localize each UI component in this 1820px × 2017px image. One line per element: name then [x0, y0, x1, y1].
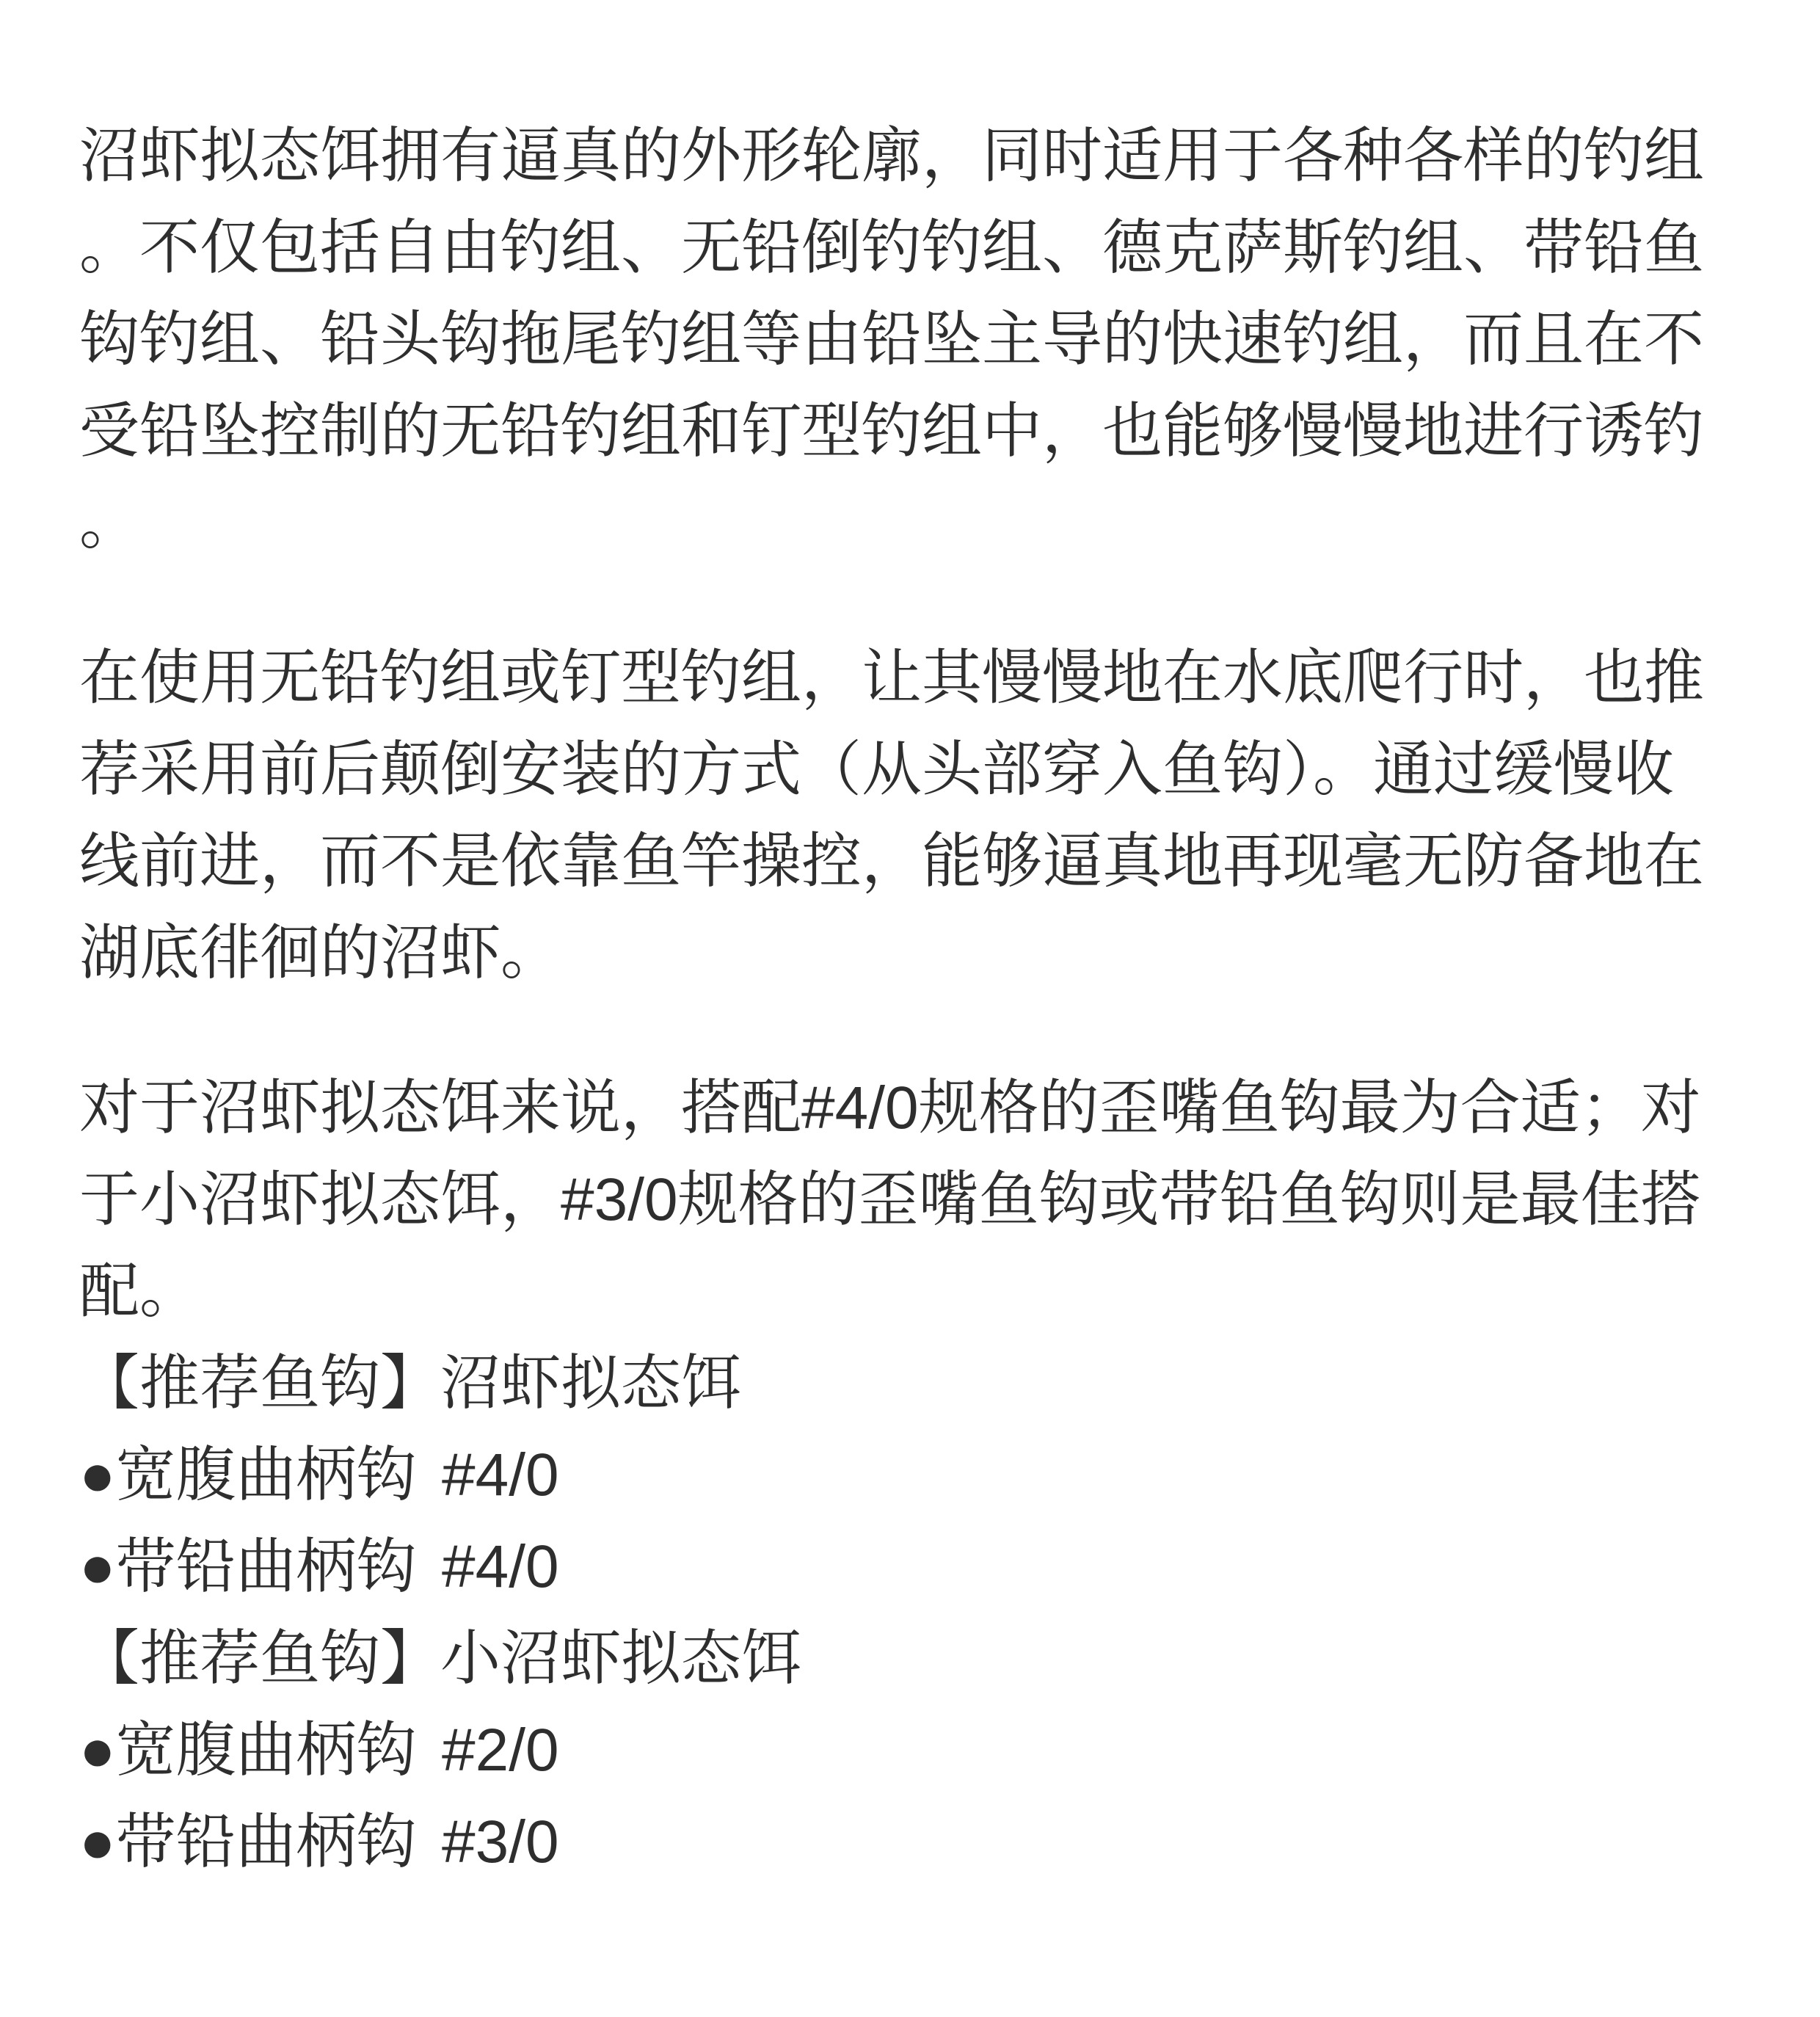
hook-item: ●宽腹曲柄钩#4/0: [79, 1429, 1717, 1521]
paragraph-hook-sizing: 对于沼虾拟态饵来说，搭配#4/0规格的歪嘴鱼钩最为合适；对 于小沼虾拟态饵，#3…: [79, 1062, 1717, 1337]
text-line: 对于沼虾拟态饵来说，搭配#4/0规格的歪嘴鱼钩最为合适；对: [79, 1062, 1717, 1154]
bullet-icon: ●: [79, 1533, 116, 1600]
bullet-icon: ●: [79, 1717, 116, 1784]
hook-item-size: #4/0: [442, 1533, 559, 1600]
document-page: 沼虾拟态饵拥有逼真的外形轮廓，同时适用于各种各样的钓组 。不仅包括自由钓组、无铅…: [0, 0, 1820, 2017]
hook-item: ●带铅曲柄钩#3/0: [79, 1796, 1717, 1888]
text-line: 。不仅包括自由钓组、无铅倒钓钓组、德克萨斯钓组、带铅鱼: [79, 202, 1717, 294]
text-line: 荐采用前后颠倒安装的方式（从头部穿入鱼钩）。通过缓慢收: [79, 724, 1717, 815]
text-line: 沼虾拟态饵拥有逼真的外形轮廓，同时适用于各种各样的钓组: [79, 110, 1717, 202]
hook-item-label: 宽腹曲柄钩: [116, 1442, 417, 1508]
hook-item-size: #2/0: [442, 1717, 559, 1784]
hook-item: ●宽腹曲柄钩#2/0: [79, 1704, 1717, 1796]
hook-section-heading: 【推荐鱼钩】小沼虾拟态饵: [79, 1613, 1717, 1704]
bullet-icon: ●: [79, 1809, 116, 1875]
hook-item-size: #3/0: [442, 1809, 559, 1875]
hook-item: ●带铅曲柄钩#4/0: [79, 1521, 1717, 1613]
text-line: 受铅坠控制的无铅钓组和钉型钓组中，也能够慢慢地进行诱钓: [79, 385, 1717, 477]
hook-item-size: #4/0: [442, 1442, 559, 1508]
text-line: 。: [79, 477, 1717, 569]
text-line: 配。: [79, 1246, 1717, 1337]
bullet-icon: ●: [79, 1442, 116, 1508]
hook-item-label: 带铅曲柄钩: [116, 1809, 417, 1875]
text-line: 于小沼虾拟态饵，#3/0规格的歪嘴鱼钩或带铅鱼钩则是最佳搭: [79, 1154, 1717, 1246]
hook-recommendations: 【推荐鱼钩】沼虾拟态饵 ●宽腹曲柄钩#4/0 ●带铅曲柄钩#4/0 【推荐鱼钩】…: [79, 1337, 1717, 1888]
paragraph-rig-overview: 沼虾拟态饵拥有逼真的外形轮廓，同时适用于各种各样的钓组 。不仅包括自由钓组、无铅…: [79, 110, 1717, 569]
text-line: 线前进，而不是依靠鱼竿操控，能够逼真地再现毫无防备地在: [79, 815, 1717, 907]
hook-item-label: 宽腹曲柄钩: [116, 1717, 417, 1784]
hook-section-heading: 【推荐鱼钩】沼虾拟态饵: [79, 1337, 1717, 1429]
paragraph-crawling-technique: 在使用无铅钓组或钉型钓组，让其慢慢地在水底爬行时，也推 荐采用前后颠倒安装的方式…: [79, 632, 1717, 999]
article-body: 沼虾拟态饵拥有逼真的外形轮廓，同时适用于各种各样的钓组 。不仅包括自由钓组、无铅…: [0, 0, 1820, 1888]
text-line: 湖底徘徊的沼虾。: [79, 907, 1717, 999]
text-line: 钩钓组、铅头钩拖尾钓组等由铅坠主导的快速钓组，而且在不: [79, 294, 1717, 385]
hook-item-label: 带铅曲柄钩: [116, 1533, 417, 1600]
text-line: 在使用无铅钓组或钉型钓组，让其慢慢地在水底爬行时，也推: [79, 632, 1717, 724]
